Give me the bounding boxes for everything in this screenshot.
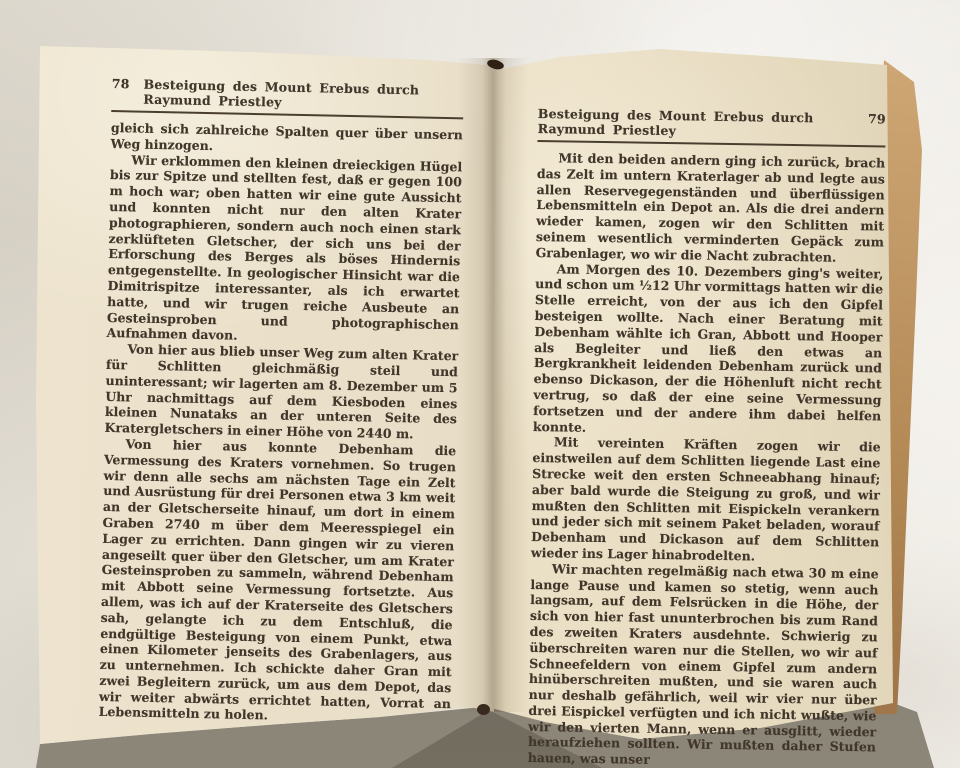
paragraph: Wir erklommen den kleinen dreieckigen Hü… [106,152,462,349]
paragraph: Von hier aus blieb unser Weg zum alten K… [104,341,458,443]
left-page-text: 78 Besteigung des Mount Erebus durch Ray… [99,76,464,728]
right-header-title: Besteigung des Mount Erebus durch Raymun… [538,106,855,141]
paragraph: Von hier aus konnte Debenham die Vermess… [99,436,457,728]
left-page-body: gleich sich zahlreiche Spalten quer über… [99,120,463,728]
right-page-number: 79 [868,111,886,126]
right-page-body: Mit den beiden andern ging ich zurück, b… [528,150,886,768]
binding-thread-bottom [477,704,490,715]
paragraph: Mit den beiden andern ging ich zurück, b… [536,150,886,266]
left-running-header: 78 Besteigung des Mount Erebus durch Ray… [111,76,464,119]
left-page-number: 78 [112,76,130,91]
right-running-header: Besteigung des Mount Erebus durch Raymun… [537,106,886,147]
right-page-text: Besteigung des Mount Erebus durch Raymun… [528,106,886,768]
paragraph: Mit vereinten Kräften zogen wir die eins… [531,434,881,566]
paragraph: Wir machten regelmäßig nach etwa 30 m ei… [528,561,879,768]
gutter-fold-shadow [458,58,528,712]
paragraph: Am Morgen des 10. Dezembers ging's weite… [533,261,884,440]
left-header-title: Besteigung des Mount Erebus durch Raymun… [143,77,464,114]
